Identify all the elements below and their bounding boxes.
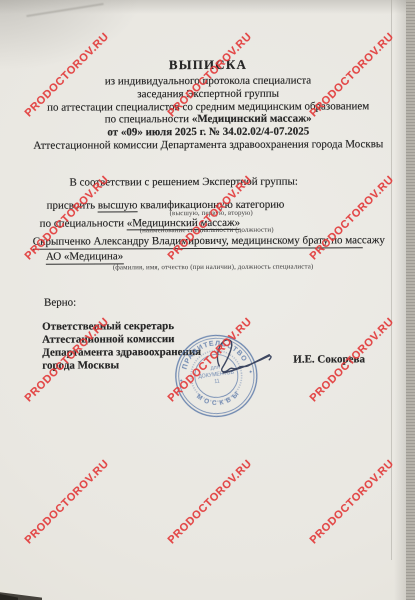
- person-caption: (фамилия, имя, отчество (при наличии), д…: [113, 263, 314, 272]
- assign-category: высшую: [98, 199, 138, 212]
- svg-text:МОСКВЫ: МОСКВЫ: [194, 388, 244, 410]
- secretary-line: Ответственный секретарь: [42, 320, 201, 334]
- header-commission: Аттестационной комиссии Департамента здр…: [13, 138, 403, 152]
- stamp-bottom-arc-text: МОСКВЫ: [194, 388, 244, 410]
- header-specialty-bold: «Медицинский массаж»: [192, 113, 312, 126]
- header-line: по аттестации специалистов со средним ме…: [13, 100, 403, 114]
- person-org: АО «Медицина»: [46, 250, 124, 264]
- verno-label: Верно:: [44, 297, 76, 310]
- scanned-document-photo: ВЫПИСКА из индивидуального протокола спе…: [0, 0, 415, 600]
- header-specialty-prefix: по специальности: [105, 113, 192, 125]
